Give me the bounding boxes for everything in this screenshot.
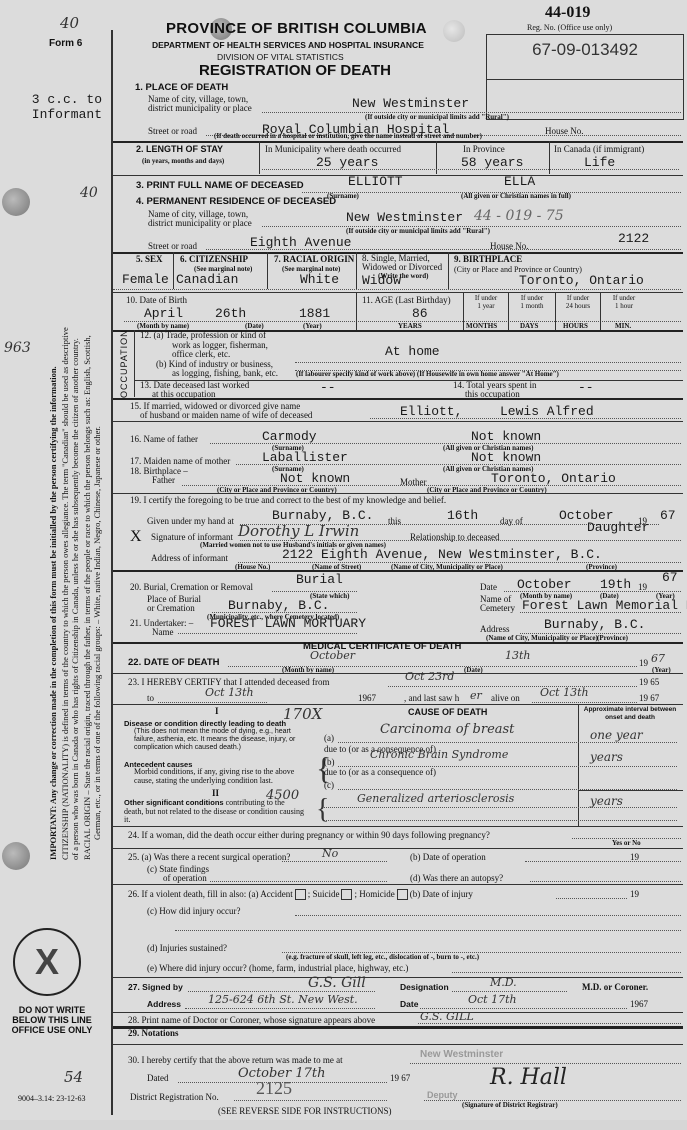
form-code: 9004–3.14: 23-12-63 xyxy=(18,1094,86,1103)
s23-from: Oct 23rd xyxy=(405,670,454,683)
s30-dated-year: 19 67 xyxy=(390,1073,410,1083)
s27-addr-label: Address xyxy=(147,999,181,1009)
divider xyxy=(113,1044,683,1045)
divider xyxy=(113,884,683,885)
q26e: (e) Where did injury occur? (home, farm,… xyxy=(147,963,408,973)
cause-code-1: 170X xyxy=(283,705,322,723)
s21-addr-label: Address xyxy=(480,624,510,634)
dotted-line xyxy=(282,861,387,862)
dotted-line xyxy=(324,807,677,808)
s19-year: 67 xyxy=(660,508,676,523)
q26d: (d) Injuries sustained? xyxy=(147,943,227,953)
dotted-line xyxy=(525,861,681,862)
cause-roman-2: II xyxy=(212,788,219,798)
reg-no-value: 67-09-013492 xyxy=(487,40,683,60)
s10-date-note: (Date) xyxy=(245,322,264,330)
divider xyxy=(356,252,357,289)
s20-year: 67 xyxy=(662,570,678,585)
dotted-line xyxy=(530,881,681,882)
q24: 24. If a woman, did the death occur eith… xyxy=(128,830,490,840)
s6-label: 6. CITIZENSHIP xyxy=(180,254,248,264)
s5-label: 5. SEX xyxy=(136,254,163,264)
s13-label: 13. Date deceased last worked at this oc… xyxy=(140,381,249,399)
divider xyxy=(113,292,683,293)
dotted-line xyxy=(178,633,357,634)
cause-disease-note: (This does not mean the mode of dying, e… xyxy=(134,728,304,752)
s1-street-label: Street or road xyxy=(148,126,197,136)
under-unit-hours: HOURS xyxy=(563,322,588,330)
s22-month: October xyxy=(310,649,355,662)
s18-mother-label: Mother xyxy=(400,477,427,487)
q26: 26. If a violent death, fill in also: (a… xyxy=(128,889,473,900)
q26d-note: (e.g. fracture of skull, left leg, etc.,… xyxy=(286,953,479,961)
dotted-line xyxy=(532,702,637,703)
s19-place: Burnaby, B.C. xyxy=(272,508,373,523)
s3-label: 3. PRINT FULL NAME OF DECEASED xyxy=(136,180,304,191)
divider xyxy=(578,790,683,791)
stamp-number: 44-019 xyxy=(545,4,590,22)
s30-registrar-signature: R. Hall xyxy=(490,1065,567,1090)
s23-to-label: to xyxy=(147,693,154,703)
punch-hole xyxy=(443,20,465,42)
s22-day: 13th xyxy=(505,649,531,662)
under-unit-days: DAYS xyxy=(520,322,538,330)
label: of operation xyxy=(147,874,209,883)
divider xyxy=(134,330,135,397)
divider xyxy=(113,493,683,494)
s13-value: -- xyxy=(320,380,336,395)
dotted-line xyxy=(295,362,681,363)
s19-signature: Dorothy L Irwin xyxy=(238,522,359,540)
s23-last-saw-label: , and last saw h xyxy=(404,693,459,703)
s4-street-label: Street or road xyxy=(148,241,197,251)
cause-disease-label: Disease or condition directly leading to… xyxy=(124,719,286,728)
s17-given: Not known xyxy=(471,450,541,465)
s5-value: Female xyxy=(122,272,169,287)
divider xyxy=(113,421,683,422)
margin-citizenship-note-1: CITIZENSHIP (NATIONALITY) is defined in … xyxy=(60,327,70,860)
s10-label: 10. Date of Birth xyxy=(126,295,187,305)
s2-prov-label: In Province xyxy=(463,144,505,154)
cause-b-interval: years xyxy=(590,750,623,764)
s23-last-saw-her: er xyxy=(470,689,482,702)
s28-label: 28. Print name of Doctor or Coroner, who… xyxy=(128,1015,375,1025)
dotted-line xyxy=(388,686,637,687)
label: 1 hour xyxy=(603,302,645,310)
s19-rel-value: Daughter xyxy=(587,520,649,535)
dotted-line xyxy=(452,972,681,973)
s8-label: 8. Single, Married, Widowed or Divorced xyxy=(362,254,442,272)
s23-alive-year: 19 67 xyxy=(639,693,659,703)
copies-note: 3 c.c. to Informant xyxy=(22,92,102,122)
s19-day-of-label: day of xyxy=(500,516,523,526)
cause-title: CAUSE OF DEATH xyxy=(408,707,487,717)
margin-citizenship-note-2: of a person who was born in Canada or wh… xyxy=(70,338,80,860)
homicide-checkbox[interactable] xyxy=(397,889,408,900)
under-1-year: If under1 year xyxy=(466,294,506,310)
s20-value: Burial xyxy=(296,572,343,587)
s4-rural-note: (If outside city or municipal limits add… xyxy=(346,227,490,235)
label: of husband or maiden name of wife of dec… xyxy=(130,411,312,420)
s20-cem-value: Forest Lawn Memorial Park xyxy=(522,598,687,613)
do-not-write-line-3: OFFICE USE ONLY xyxy=(4,1025,100,1035)
cause-a-value: Carcinoma of breast xyxy=(380,722,514,737)
margin-note-40: 40 xyxy=(60,14,79,32)
dotted-line xyxy=(113,289,681,290)
s27-desig-suffix: M.D. or Coroner. xyxy=(582,982,648,992)
s27-desig-label: Designation xyxy=(400,982,449,992)
cause-b-label: (b) xyxy=(324,757,335,767)
s6-value: Canadian xyxy=(176,272,238,287)
s7-label: 7. RACIAL ORIGIN xyxy=(274,254,354,264)
margin-note-40b: 40 xyxy=(80,185,98,201)
s21-prov-note: (Province) xyxy=(597,634,628,642)
s1-house-label: House No. xyxy=(545,126,584,136)
s20-date-day: 19th xyxy=(600,577,631,592)
divider xyxy=(487,79,683,80)
under-unit-min: MIN. xyxy=(615,322,631,330)
interval-title: Approximate interval between onset and d… xyxy=(582,706,678,721)
s14-label: 14. Total years spent in this occupation xyxy=(453,381,536,399)
s15-label: 15. If married, widowed or divorced give… xyxy=(130,402,312,420)
s9-value: Toronto, Ontario xyxy=(519,273,644,288)
s2-label: 2. LENGTH OF STAY xyxy=(136,144,223,154)
s20-year-prefix: 19 xyxy=(638,582,647,592)
label: 1 month xyxy=(510,302,554,310)
divider xyxy=(113,704,683,705)
divider xyxy=(113,1026,683,1029)
s17-label: 17. Maiden name of mother xyxy=(130,456,230,466)
label: district municipality or place xyxy=(148,104,252,113)
q25b: (b) Date of operation xyxy=(410,852,486,862)
dotted-line xyxy=(418,1023,681,1024)
s15-surname: Elliott, xyxy=(400,404,462,419)
s30-district-label: District Registration No. xyxy=(130,1092,219,1102)
punch-hole xyxy=(2,842,30,870)
divider xyxy=(113,826,683,827)
label: ; Homicide xyxy=(354,889,394,899)
s27-date-year: 1967 xyxy=(630,999,648,1009)
s19-this-label: this xyxy=(388,516,401,526)
s1-hospital-note: (If death occurred in a hospital or inst… xyxy=(214,132,482,140)
s11-value: 86 xyxy=(412,306,428,321)
s4-city-label: Name of city, village, town, district mu… xyxy=(148,210,252,228)
s16-given: Not known xyxy=(471,429,541,444)
s1-city-value: New Westminster xyxy=(352,96,469,111)
s16-surname: Carmody xyxy=(262,429,317,444)
s2-prov-value: 58 years xyxy=(461,155,523,170)
s12-label: 12. (a) Trade, profession or kind of wor… xyxy=(140,331,278,379)
divider xyxy=(113,977,683,978)
dotted-line xyxy=(262,169,679,170)
s27-date-value: Oct 17th xyxy=(468,993,517,1006)
q25c: (c) State findings of operation xyxy=(147,865,209,883)
margin-note-54: 54 xyxy=(64,1068,83,1086)
margin-racial-note-2: German, etc., or in terms of one of the … xyxy=(92,426,102,840)
q25d: (d) Was there an autopsy? xyxy=(410,873,503,883)
dotted-line xyxy=(158,702,267,703)
under-unit-months: MONTHS xyxy=(466,322,497,330)
s9-label: 9. BIRTHPLACE xyxy=(454,254,522,264)
s21-label: 21. Undertaker: – Name xyxy=(130,619,193,637)
s23-alive-label: alive on xyxy=(491,693,520,703)
divider xyxy=(600,292,601,330)
label: ; Suicide xyxy=(308,889,340,899)
s4-house-label: House No. xyxy=(490,241,529,251)
s8-value: Widow xyxy=(362,273,401,288)
label: (b) Date of injury xyxy=(410,889,473,899)
due-to-label: due to (or as a consequence of) xyxy=(324,767,436,777)
footer-instructions: (SEE REVERSE SIDE FOR INSTRUCTIONS) xyxy=(218,1106,392,1116)
s1-label: 1. PLACE OF DEATH xyxy=(135,82,228,93)
label: Widowed or Divorced xyxy=(362,263,442,272)
s27-addr-value: 125-624 6th St. New West. xyxy=(208,993,358,1006)
cause-c-label: (c) xyxy=(324,780,334,790)
x-circle-icon: X xyxy=(13,928,81,996)
s10-year-note: (Year) xyxy=(303,322,322,330)
do-not-write-line-1: DO NOT WRITE xyxy=(4,1005,100,1015)
s19-certify: 19. I certify the foregoing to be true a… xyxy=(130,495,446,505)
s23-to-year: 1967 xyxy=(358,693,376,703)
s4-street-value: Eighth Avenue xyxy=(250,235,351,250)
q26c: (c) How did injury occur? xyxy=(147,906,240,916)
margin-note-963: 963 xyxy=(4,340,31,356)
s7-value: White xyxy=(300,272,339,287)
s21-addr-value: Burnaby, B.C. xyxy=(544,617,645,632)
q25b-year: 19 xyxy=(630,852,639,862)
cause-other: Other significant conditions contributin… xyxy=(124,799,304,825)
s30-registrar-note: (Signature of District Registrar) xyxy=(462,1101,558,1109)
label: If under xyxy=(557,294,599,302)
divider xyxy=(448,252,449,289)
cause-ii-value: Generalized arteriosclerosis xyxy=(357,792,514,805)
divider xyxy=(508,292,509,330)
reg-no-box: 67-09-013492 xyxy=(486,34,684,120)
divider xyxy=(113,848,683,849)
dotted-line xyxy=(420,1008,627,1009)
do-not-write-line-2: BELOW THIS LINE xyxy=(4,1015,100,1025)
s20-place-label: Place of Burial or Cremation xyxy=(147,595,201,613)
s30-deputy-stamp: Deputy xyxy=(427,1090,458,1100)
s3-surname: ELLIOTT xyxy=(348,174,403,189)
s29-label: 29. Notations xyxy=(128,1028,179,1038)
s23-from-year: 19 65 xyxy=(639,677,659,687)
label: or Cremation xyxy=(147,604,201,613)
cause-ii-interval: years xyxy=(590,794,623,808)
s30-label: 30. I hereby certify that the above retu… xyxy=(128,1055,343,1065)
s12-note: (If labourer specify kind of work above)… xyxy=(296,370,559,378)
s27-signature: G.S. Gill xyxy=(308,975,366,991)
divider xyxy=(113,141,683,143)
s2-muni-label: In Municipality where death occurred xyxy=(265,144,401,154)
dotted-line xyxy=(175,930,681,931)
divider xyxy=(267,252,268,289)
s19-addr-value: 2122 Eighth Avenue, New Westminster, B.C… xyxy=(282,547,602,562)
accident-checkbox[interactable] xyxy=(295,889,306,900)
label: 26. If a violent death, fill in also: (a… xyxy=(128,889,293,899)
dotted-line xyxy=(452,991,567,992)
s4-city-value: New Westminster xyxy=(346,210,463,225)
label: district municipality or place xyxy=(148,219,252,228)
s17-surname: Laballister xyxy=(262,450,348,465)
s30-dated-label: Dated xyxy=(147,1073,169,1083)
s18-father-value: Not known xyxy=(280,471,350,486)
margin-important-note: IMPORTANT: Any change or correction made… xyxy=(48,366,58,860)
divider xyxy=(463,292,464,330)
occupation-side-label: OCCUPATION xyxy=(119,329,129,398)
dotted-line xyxy=(338,742,677,743)
label: If under xyxy=(603,294,645,302)
x-mark: X xyxy=(130,528,142,546)
q24-note: Yes or No xyxy=(612,839,641,847)
s23-alive-on: Oct 13th xyxy=(540,686,589,699)
punch-hole xyxy=(2,188,30,216)
divider xyxy=(113,570,683,572)
under-1-hour: If under1 hour xyxy=(603,294,645,310)
s28-value: G.S. GILL xyxy=(420,1010,474,1023)
q25a-value: No xyxy=(322,847,338,860)
s20-label: 20. Burial, Cremation or Removal xyxy=(130,582,253,592)
cause-roman-1: I xyxy=(215,706,219,716)
label: 1 year xyxy=(466,302,506,310)
label: Father xyxy=(130,476,188,485)
divider xyxy=(173,252,174,289)
under-1-month: If under1 month xyxy=(510,294,554,310)
s22-year-prefix: 19 xyxy=(639,658,648,668)
s20-date-month: October xyxy=(517,577,572,592)
s19-addr-label: Address of informant xyxy=(151,553,228,563)
s11-label: 11. AGE (Last Birthday) xyxy=(362,295,451,305)
divider xyxy=(555,292,556,330)
dotted-line xyxy=(295,915,681,916)
death-registration-form: 40 Form 6 3 c.c. to Informant 40 963 IMP… xyxy=(0,0,687,1120)
divider xyxy=(356,292,357,330)
suicide-checkbox[interactable] xyxy=(341,889,352,900)
s22-year: 67 xyxy=(651,652,665,665)
q26b-year: 19 xyxy=(630,889,639,899)
s15-given: Lewis Alfred xyxy=(500,404,594,419)
s3-given-note: (All given or Christian names in full) xyxy=(461,192,571,200)
dotted-line xyxy=(185,1008,375,1009)
s20-place-value: Burnaby, B.C. xyxy=(228,598,329,613)
s19-rel-label: Relationship to deceased xyxy=(410,532,499,542)
s2-muni-value: 25 years xyxy=(316,155,378,170)
s2-sub: (in years, months and days) xyxy=(142,157,224,165)
dotted-line xyxy=(556,898,627,899)
s4-label: 4. PERMANENT RESIDENCE OF DECEASED xyxy=(136,196,336,207)
form-left-border xyxy=(111,30,113,1115)
s2-canada-value: Life xyxy=(584,155,615,170)
s20-cem-label: Name of Cemetery xyxy=(480,595,515,613)
label: 24 hours xyxy=(557,302,599,310)
divider xyxy=(113,673,683,674)
s30-stamp: New Westminster xyxy=(420,1049,503,1060)
s27-date-label: Date xyxy=(400,999,418,1009)
cause-a-interval: one year xyxy=(590,728,643,742)
s27-desig-value: M.D. xyxy=(490,976,517,989)
dotted-line xyxy=(210,881,387,882)
dotted-line xyxy=(324,820,677,821)
divider xyxy=(113,398,683,400)
s18-mother-value: Toronto, Ontario xyxy=(491,471,616,486)
division-heading: DIVISION OF VITAL STATISTICS xyxy=(217,52,344,62)
province-heading: PROVINCE OF BRITISH COLUMBIA xyxy=(166,20,427,37)
s18-label: 18. Birthplace – Father xyxy=(130,467,188,485)
s3-given: ELLA xyxy=(504,174,535,189)
page-title: REGISTRATION OF DEATH xyxy=(199,62,391,79)
label: If under xyxy=(466,294,506,302)
dotted-line xyxy=(188,991,375,992)
s14-value: -- xyxy=(578,380,594,395)
s27-signed-label: 27. Signed by xyxy=(128,982,183,992)
margin-racial-note-1: RACIAL ORIGIN – State the racial origin,… xyxy=(82,335,92,860)
s10-month-note: (Month by name) xyxy=(137,322,189,330)
s19-day: 16th xyxy=(447,508,478,523)
department-heading: DEPARTMENT OF HEALTH SERVICES AND HOSPIT… xyxy=(152,40,424,50)
s10-date: 26th xyxy=(215,306,246,321)
s1-city-label: Name of city, village, town, district mu… xyxy=(148,95,252,113)
cause-b-value: Chronic Brain Syndrome xyxy=(370,748,508,761)
do-not-write-note: DO NOT WRITE BELOW THIS LINE OFFICE USE … xyxy=(4,1005,100,1035)
s4-hand-note: 44 - 019 - 75 xyxy=(474,208,564,224)
s21-value: FOREST LAWN MORTUARY xyxy=(210,616,366,631)
label: If under xyxy=(510,294,554,302)
s20-date-label: Date xyxy=(480,582,497,592)
s11-years-label: YEARS xyxy=(398,322,422,330)
label: Cemetery xyxy=(480,604,515,613)
s1-rural-note: (If outside city or municipal limits add… xyxy=(365,113,509,121)
dotted-line xyxy=(410,1063,681,1064)
q25a: 25. (a) Was there a recent surgical oper… xyxy=(128,852,290,862)
dotted-line xyxy=(234,1100,387,1101)
label: as logging, fishing, bank, etc. xyxy=(140,369,278,379)
s4-house-value: 2122 xyxy=(618,231,649,246)
s12-value: At home xyxy=(385,344,440,359)
s10-month: April xyxy=(144,306,183,321)
s22-label: 22. DATE OF DEATH xyxy=(128,657,220,668)
cause-a-label: (a) xyxy=(324,733,334,743)
s19-given-label: Given under my hand at xyxy=(147,516,234,526)
cause-antecedent-note: Morbid conditions, if any, giving rise t… xyxy=(134,768,304,785)
s21-addr-note: (Name of City, Municipality or Place) xyxy=(486,634,598,642)
divider xyxy=(259,141,260,174)
s2-canada-label: In Canada (if immigrant) xyxy=(554,144,644,154)
reg-no-label: Reg. No. (Office use only) xyxy=(527,23,612,32)
s16-label: 16. Name of father xyxy=(130,434,198,444)
s23-to: Oct 13th xyxy=(205,686,254,699)
divider xyxy=(113,1012,683,1013)
s10-year: 1881 xyxy=(299,306,330,321)
under-24-hours: If under24 hours xyxy=(557,294,599,310)
form-number: Form 6 xyxy=(49,38,82,49)
s30-district-value: 2125 xyxy=(256,1078,292,1099)
